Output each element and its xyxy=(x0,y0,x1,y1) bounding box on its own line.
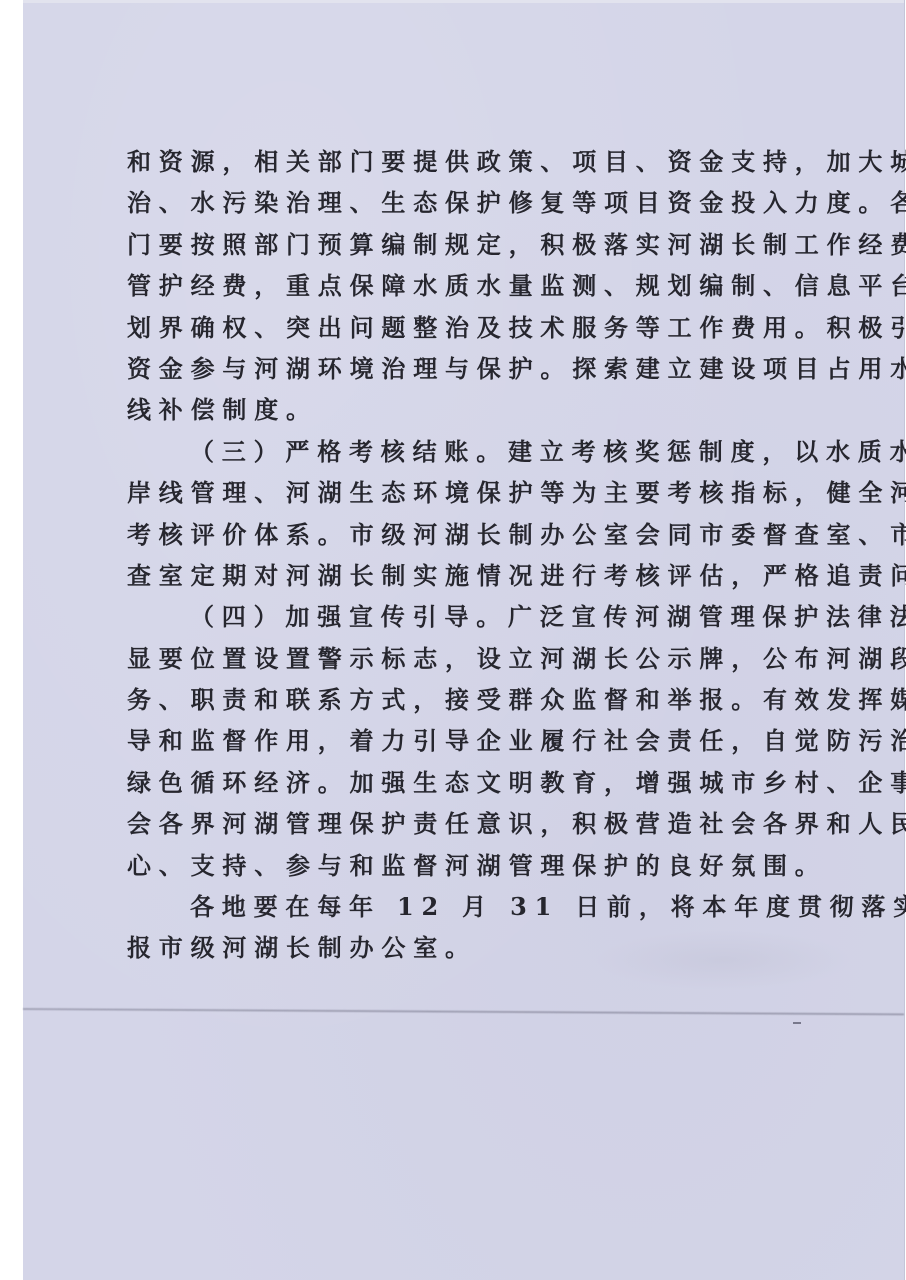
page-fold-line xyxy=(23,1008,904,1015)
text-line: 和资源，相关部门要提供政策、项目、资金支持，加大城乡水环境整 xyxy=(127,141,807,182)
section-heading-line: （四）加强宣传引导。广泛宣传河湖管理保护法律法规。在河湖 xyxy=(127,596,807,637)
paragraph-funding: 和资源，相关部门要提供政策、项目、资金支持，加大城乡水环境整 治、水污染治理、生… xyxy=(127,141,807,431)
text-line: 岸线管理、河湖生态环境保护等为主要考核指标，健全河湖长制绩效 xyxy=(127,472,807,513)
text-line: 治、水污染治理、生态保护修复等项目资金投入力度。各级财政部 xyxy=(127,182,807,223)
document-body: 和资源，相关部门要提供政策、项目、资金支持，加大城乡水环境整 治、水污染治理、生… xyxy=(127,141,807,969)
text-line: 查室定期对河湖长制实施情况进行考核评估，严格追责问责。 xyxy=(127,555,807,596)
text-line: 心、支持、参与和监督河湖管理保护的良好氛围。 xyxy=(127,845,807,886)
paragraph-assessment: （三）严格考核结账。建立考核奖惩制度，以水质水量监测、水域 岸线管理、河湖生态环… xyxy=(127,431,807,597)
text-line: 线补偿制度。 xyxy=(127,389,807,430)
text-line: 各地要在每年 12 月 31 日前，将本年度贯彻落实本方案情况 xyxy=(127,886,807,927)
text-line: 考核评价体系。市级河湖长制办公室会同市委督查室、市政府政务督 xyxy=(127,514,807,555)
paragraph-deadline: 各地要在每年 12 月 31 日前，将本年度贯彻落实本方案情况 报市级河湖长制办… xyxy=(127,886,807,969)
text-line: 资金参与河湖环境治理与保护。探索建立建设项目占用水域、岸 xyxy=(127,348,807,389)
section-heading-line: （三）严格考核结账。建立考核奖惩制度，以水质水量监测、水域 xyxy=(127,431,807,472)
text-line: 导和监督作用，着力引导企业履行社会责任，自觉防污治污，大力发展 xyxy=(127,720,807,761)
text-line: 管护经费，重点保障水质水量监测、规划编制、信息平台建设、河湖 xyxy=(127,265,807,306)
text-line: 务、职责和联系方式，接受群众监督和举报。有效发挥媒体舆论的引 xyxy=(127,679,807,720)
text-line: 显要位置设置警示标志，设立河湖长公示牌，公布河湖段范围、姓名职 xyxy=(127,638,807,679)
paragraph-publicity: （四）加强宣传引导。广泛宣传河湖管理保护法律法规。在河湖 显要位置设置警示标志，… xyxy=(127,596,807,886)
scan-speck xyxy=(793,1022,801,1024)
text-line: 绿色循环经济。加强生态文明教育，增强城市乡村、企事业单位及社 xyxy=(127,762,807,803)
scan-top-edge xyxy=(23,0,904,3)
text-line: 划界确权、突出问题整治及技术服务等工作费用。积极引导社会 xyxy=(127,307,807,348)
text-line: 报市级河湖长制办公室。 xyxy=(127,927,807,968)
text-line: 会各界河湖管理保护责任意识，积极营造社会各界和人民群众共同关 xyxy=(127,803,807,844)
text-line: 门要按照部门预算编制规定，积极落实河湖长制工作经费和河湖 xyxy=(127,224,807,265)
